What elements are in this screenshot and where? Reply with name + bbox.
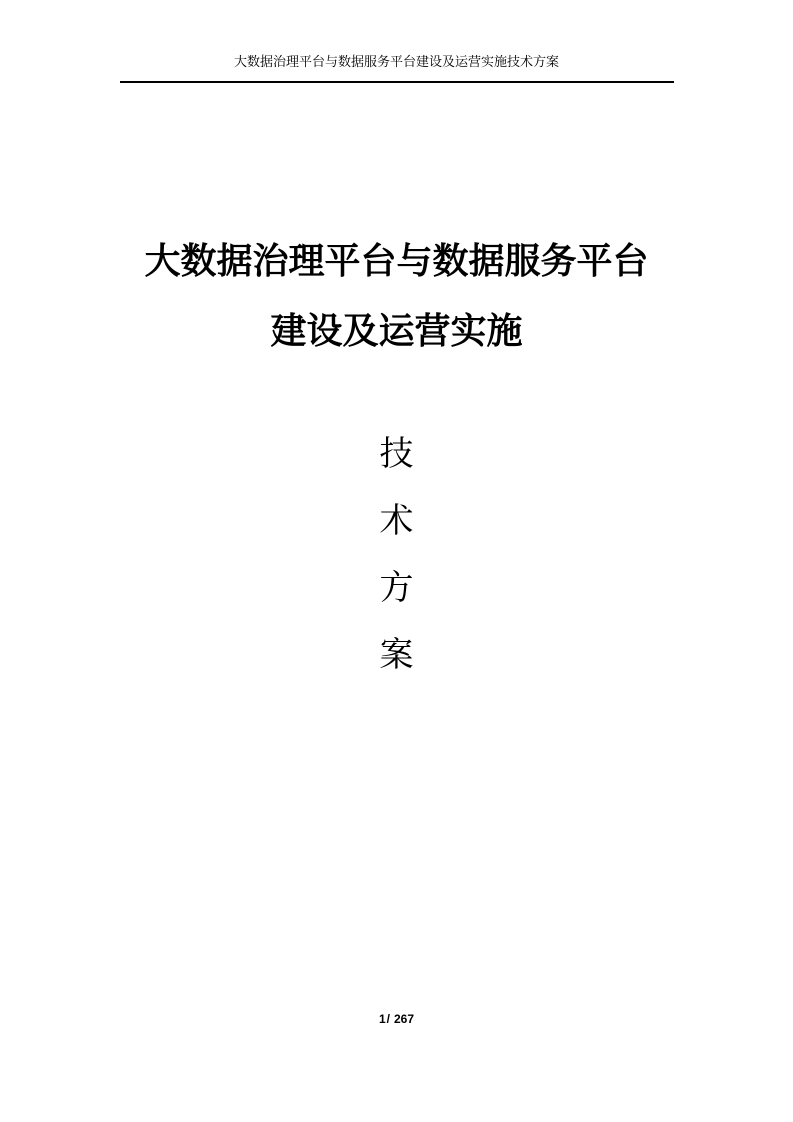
- page-header-title: 大数据治理平台与数据服务平台建设及运营实施技术方案: [0, 53, 793, 71]
- cover-title-line-2: 建设及运营实施: [0, 310, 793, 353]
- current-page-number: 1: [379, 1012, 386, 1026]
- vertical-title: 技 术 方 案: [0, 421, 793, 689]
- vertical-title-char-1: 技: [0, 421, 793, 488]
- total-page-count: 267: [394, 1012, 414, 1026]
- vertical-title-char-3: 方: [0, 555, 793, 622]
- page-number-separator: /: [387, 1012, 390, 1026]
- cover-title-line-1: 大数据治理平台与数据服务平台: [0, 240, 793, 283]
- vertical-title-char-2: 术: [0, 488, 793, 555]
- document-page: 大数据治理平台与数据服务平台建设及运营实施技术方案 大数据治理平台与数据服务平台…: [0, 0, 793, 1122]
- vertical-title-char-4: 案: [0, 622, 793, 689]
- page-footer: 1/267: [0, 1011, 793, 1027]
- header-rule-divider: [120, 81, 674, 83]
